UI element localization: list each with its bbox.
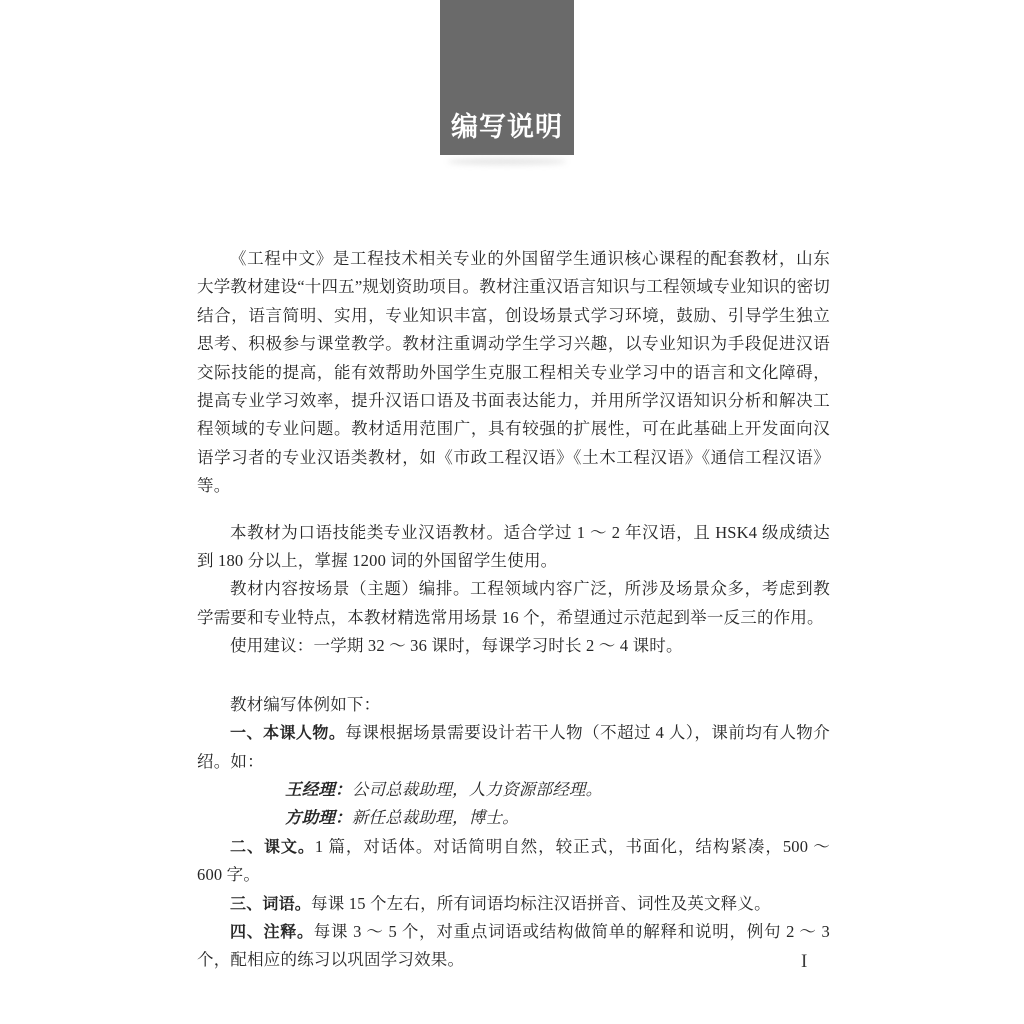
- role-examples: 王经理：公司总裁助理，人力资源部经理。 方助理：新任总裁助理，博士。: [197, 776, 830, 833]
- list-item-vocabulary-body: 每课 15 个左右，所有词语均标注汉语拼音、词性及英文释义。: [311, 894, 771, 913]
- page-content: 《工程中文》是工程技术相关专业的外国留学生通识核心课程的配套教材，山东大学教材建…: [197, 245, 830, 975]
- header-box-shadow: [447, 158, 567, 165]
- list-item-vocabulary: 三、词语。每课 15 个左右，所有词语均标注汉语拼音、词性及英文释义。: [197, 890, 830, 918]
- paragraph-intro: 《工程中文》是工程技术相关专业的外国留学生通识核心课程的配套教材，山东大学教材建…: [197, 245, 830, 501]
- role-desc-wang: 公司总裁助理，人力资源部经理。: [352, 780, 603, 799]
- book-page: 编写说明 《工程中文》是工程技术相关专业的外国留学生通识核心课程的配套教材，山东…: [0, 0, 1024, 1024]
- list-item-vocabulary-label: 三、词语。: [230, 894, 311, 913]
- role-example-manager-wang: 王经理：公司总裁助理，人力资源部经理。: [197, 776, 830, 804]
- list-item-characters-label: 一、本课人物。: [230, 723, 345, 742]
- role-name-wang: 王经理：: [285, 780, 352, 799]
- role-name-fang: 方助理：: [285, 808, 352, 827]
- paragraph-scenes: 教材内容按场景（主题）编排。工程领域内容广泛，所涉及场景众多，考虑到教学需要和专…: [197, 575, 830, 632]
- list-item-text: 二、课文。1 篇，对话体。对话简明自然，较正式，书面化，结构紧凑，500 ～ 6…: [197, 833, 830, 890]
- role-example-assistant-fang: 方助理：新任总裁助理，博士。: [197, 804, 830, 832]
- list-item-notes: 四、注释。每课 3 ～ 5 个，对重点词语或结构做简单的解释和说明，例句 2 ～…: [197, 918, 830, 975]
- role-desc-fang: 新任总裁助理，博士。: [352, 808, 519, 827]
- paragraph-audience: 本教材为口语技能类专业汉语教材。适合学过 1 ～ 2 年汉语，且 HSK4 级成…: [197, 519, 830, 576]
- list-item-characters: 一、本课人物。每课根据场景需要设计若干人物（不超过 4 人），课前均有人物介绍。…: [197, 719, 830, 776]
- paragraph-usage-suggestion: 使用建议：一学期 32 ～ 36 课时，每课学习时长 2 ～ 4 课时。: [197, 632, 830, 660]
- list-item-notes-label: 四、注释。: [230, 922, 314, 941]
- section-title: 编写说明: [451, 105, 563, 144]
- section-header-box: 编写说明: [440, 0, 574, 155]
- list-item-text-label: 二、课文。: [230, 837, 315, 856]
- page-number: I: [801, 951, 807, 973]
- paragraph-structure-intro: 教材编写体例如下：: [197, 691, 830, 719]
